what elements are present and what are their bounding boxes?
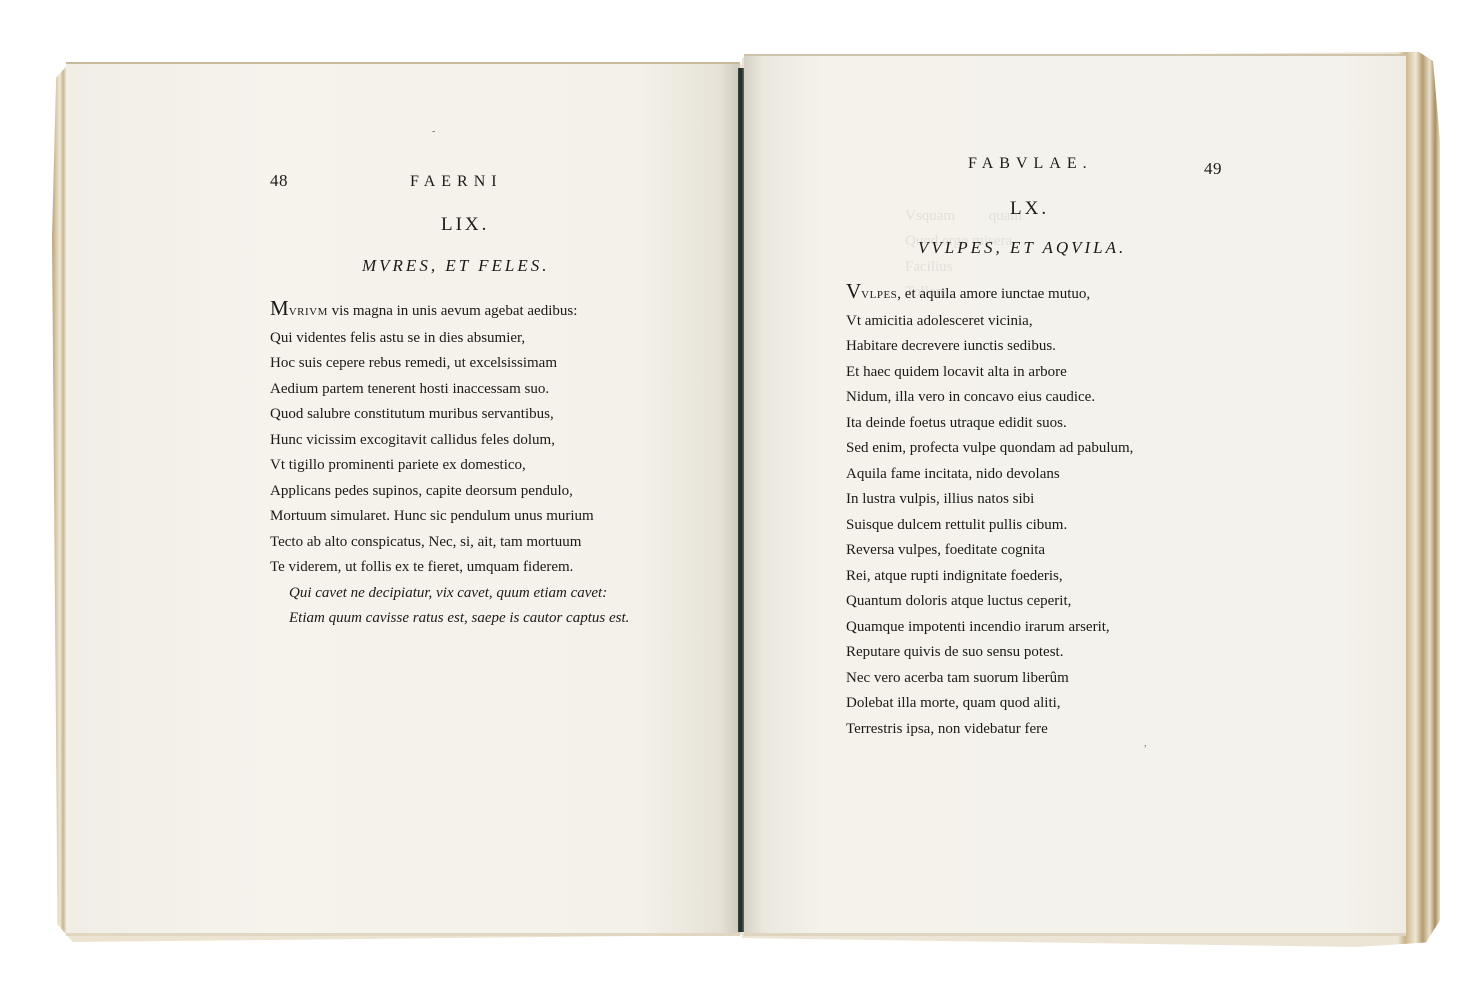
verse-line: Quantum doloris atque luctus ceperit, [846,589,1133,615]
verse-line: Quod salubre constitutum muribus servant… [270,402,629,428]
verse-line-rest: , et aquila amore iunctae mutuo, [897,286,1090,302]
verse-line: Reputare quivis de suo sensu potest. [846,640,1133,666]
verse-line: Hoc suis cepere rebus remedi, ut excelsi… [270,351,629,377]
verse-line: Sed enim, profecta vulpe quondam ad pabu… [846,436,1133,462]
drop-cap: M [270,296,289,320]
fable-number-left: LIX. [441,214,489,236]
verse-line: Ita deinde foetus utraque edidit suos. [846,411,1133,437]
verse-line-rest: vis magna in unis aevum agebat aedibus: [328,303,578,319]
paper-speck: - [432,126,435,137]
verse-line: Vt amicitia adolesceret vicinia, [846,309,1133,335]
verse-line: Rei, atque rupti indignitate foederis, [846,564,1133,590]
small-caps-word: vrivm [289,306,328,318]
verse-line: Habitare decrevere iunctis sedibus. [846,334,1133,360]
fable-number-right: LX. [1010,198,1049,220]
paper-speck: , [1144,738,1147,749]
page-number-left: 48 [270,171,288,191]
verse-line-first: Mvrivm vis magna in unis aevum agebat ae… [270,296,629,326]
verse-line: Aedium partem tenerent hosti inaccessam … [270,377,629,403]
verse-line: Qui videntes felis astu se in dies absum… [270,326,629,352]
open-book: Vsquam quam Quod ergo misera Facilius To… [0,0,1483,1000]
small-caps-word: vlpes [861,289,897,301]
book-gutter [738,68,744,932]
verse-line-first: Vvlpes, et aquila amore iunctae mutuo, [846,279,1133,309]
verse-line: Suisque dulcem rettulit pullis cibum. [846,513,1133,539]
verse-line: Reversa vulpes, foeditate cognita [846,538,1133,564]
verse-line: Aquila fame incitata, nido devolans [846,462,1133,488]
fable-title-right: VVLPES, ET AQVILA. [918,238,1126,258]
moral-line: Etiam quum cavisse ratus est, saepe is c… [270,606,629,632]
verse-line: Te viderem, ut follis ex te fieret, umqu… [270,555,629,581]
verse-line: Hunc vicissim excogitavit callidus feles… [270,428,629,454]
verse-line: Quamque impotenti incendio irarum arseri… [846,615,1133,641]
moral-line: Qui cavet ne decipiatur, vix cavet, quum… [270,581,629,607]
fable-text-right: Vvlpes, et aquila amore iunctae mutuo, V… [846,279,1133,742]
verse-line: Vt tigillo prominenti pariete ex domesti… [270,453,629,479]
verse-line: Mortuum simularet. Hunc sic pendulum unu… [270,504,629,530]
fable-text-left: Mvrivm vis magna in unis aevum agebat ae… [270,296,629,632]
verse-line: Tecto ab alto conspicatus, Nec, si, ait,… [270,530,629,556]
verse-line: In lustra vulpis, illius natos sibi [846,487,1133,513]
verse-line: Dolebat illa morte, quam quod aliti, [846,691,1133,717]
verse-line: Nec vero acerba tam suorum liberûm [846,666,1133,692]
verse-line: Nidum, illa vero in concavo eius caudice… [846,385,1133,411]
running-head-left: FAERNI [410,173,503,191]
verse-line: Et haec quidem locavit alta in arbore [846,360,1133,386]
fable-title-left: MVRES, ET FELES. [362,256,549,276]
drop-cap: V [846,279,861,303]
running-head-right: FABVLAE. [968,155,1093,173]
verse-line: Applicans pedes supinos, capite deorsum … [270,479,629,505]
page-number-right: 49 [1204,159,1222,179]
verse-line: Terrestris ipsa, non videbatur fere [846,717,1133,743]
